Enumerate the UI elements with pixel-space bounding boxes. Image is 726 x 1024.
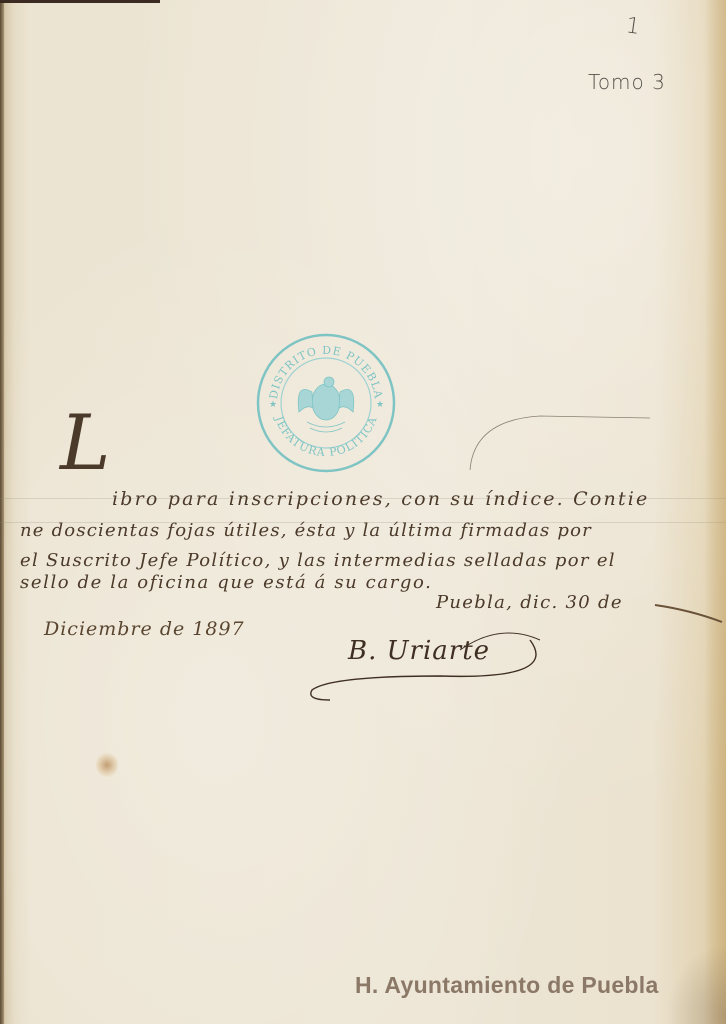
archive-watermark: H. Ayuntamiento de Puebla [355,972,659,999]
document-page: 1 Tomo 3 DISTRITO DE PUEBLA JEFATURA POL… [0,0,726,1024]
pen-flourishes-icon [0,0,726,1024]
